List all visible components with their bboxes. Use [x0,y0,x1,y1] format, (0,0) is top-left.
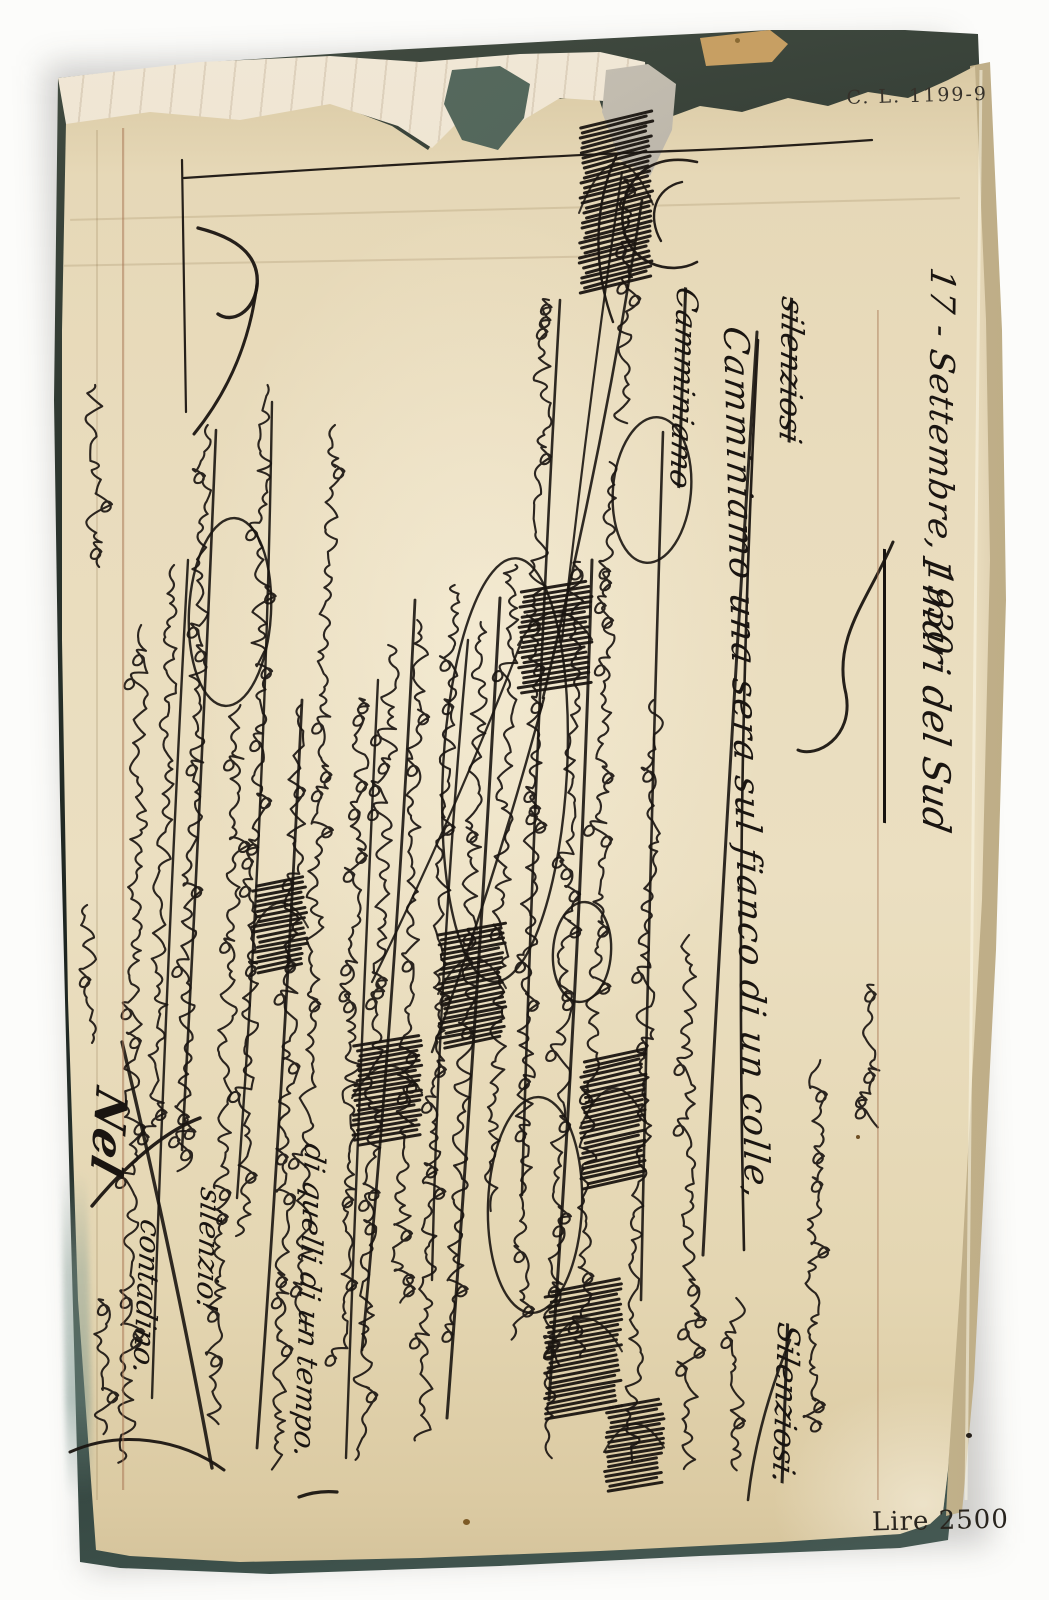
manuscript-title: I mari del Sud [883,549,958,836]
book-cover-photo: 17 - Settembre, 1930 I mari del Sud Camm… [0,0,1049,1600]
manuscript-fragment: silenzio! [189,1185,228,1315]
manuscript-fragment: Silenziosi. [764,1319,806,1488]
manuscript-fragment: Nel [78,1081,136,1183]
price-label: Lire 2500 [872,1505,1009,1538]
manuscript-fragment: Camminiamo [661,283,704,492]
catalog-code-label: C. L. 1199-9 [836,83,989,109]
manuscript-fragment: silenziosi [770,293,810,446]
